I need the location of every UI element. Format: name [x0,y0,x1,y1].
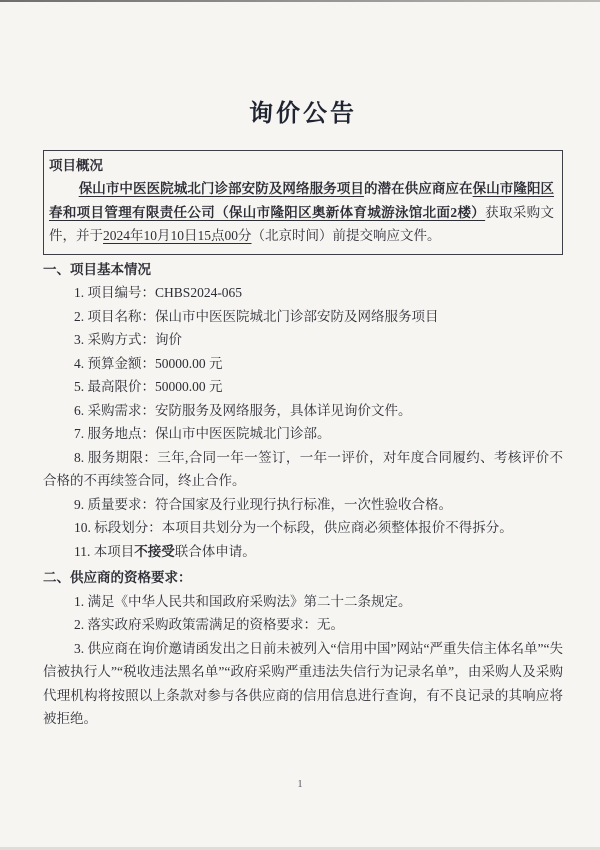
overview-paragraph: 保山市中医医院城北门诊部安防及网络服务项目的潜在供应商应在保山市隆阳区春和项目管… [49,177,554,248]
project-overview-box: 项目概况 保山市中医医院城北门诊部安防及网络服务项目的潜在供应商应在保山市隆阳区… [43,150,563,255]
text-segment: （北京时间）前提交响应文件。 [252,228,441,243]
text-segment: 2. 落实政府采购政策需满足的资格要求：无。 [74,617,344,632]
section-1-item-5: 5. 最高限价：50000.00 元 [43,375,563,399]
text-segment: 2024年10月10日15点00分 [103,228,252,243]
text-segment: 联合体申请。 [175,544,256,559]
page-content: 询价公告 项目概况 保山市中医医院城北门诊部安防及网络服务项目的潜在供应商应在保… [43,0,563,731]
section-1-item-3: 3. 采购方式：询价 [43,328,563,352]
text-segment: 3. 采购方式：询价 [74,332,182,347]
section-heading-2: 二、供应商的资格要求： [43,566,563,590]
overview-box-heading: 项目概况 [49,155,554,177]
text-segment: 8. 服务期限：三年,合同一年一签订，一年一评价，对年度合同履约、考核评价不合格… [43,450,563,489]
text-segment: 3. 供应商在询价邀请函发出之日前未被列入“信用中国”网站“严重失信主体名单”“… [43,641,563,727]
section-1-item-11: 11. 本项目不接受联合体申请。 [43,540,563,564]
sections-container: 一、项目基本情况1. 项目编号：CHBS2024-0652. 项目名称：保山市中… [43,258,563,731]
section-heading-1: 一、项目基本情况 [43,258,563,282]
text-segment: 保山市中医医院城北门诊部安防及网络服务项目 [79,181,364,196]
text-segment: 7. 服务地点：保山市中医医院城北门诊部。 [74,426,331,441]
section-1-item-6: 6. 采购需求：安防服务及网络服务，具体详见询价文件。 [43,399,563,423]
section-1-item-4: 4. 预算金额：50000.00 元 [43,352,563,376]
text-segment: 6. 采购需求：安防服务及网络服务，具体详见询价文件。 [74,403,412,418]
section-1-item-1: 1. 项目编号：CHBS2024-065 [43,281,563,305]
page-title: 询价公告 [43,99,563,129]
section-1-item-7: 7. 服务地点：保山市中医医院城北门诊部。 [43,422,563,446]
page-number: 1 [0,779,600,790]
text-segment: 5. 最高限价：50000.00 元 [74,379,223,394]
section-1-item-9: 9. 质量要求：符合国家及行业现行执行标准，一次性验收合格。 [43,493,563,517]
text-segment: 不接受 [134,544,175,559]
text-segment: 10. 标段划分：本项目共划分为一个标段，供应商必须整体报价不得拆分。 [74,520,513,535]
section-2-item-2: 2. 落实政府采购政策需满足的资格要求：无。 [43,613,563,637]
section-1-item-8: 8. 服务期限：三年,合同一年一签订，一年一评价，对年度合同履约、考核评价不合格… [43,446,563,493]
text-segment: 的潜在供应商应在 [364,181,473,196]
section-2-item-3: 3. 供应商在询价邀请函发出之日前未被列入“信用中国”网站“严重失信主体名单”“… [43,637,563,731]
text-segment: 11. 本项目 [74,544,134,559]
text-segment: 9. 质量要求：符合国家及行业现行执行标准，一次性验收合格。 [74,497,452,512]
text-segment: 2. 项目名称：保山市中医医院城北门诊部安防及网络服务项目 [74,309,439,324]
text-segment: 1. 满足《中华人民共和国政府采购法》第二十二条规定。 [74,594,412,609]
text-segment: 4. 预算金额：50000.00 元 [74,356,223,371]
section-1-item-10: 10. 标段划分：本项目共划分为一个标段，供应商必须整体报价不得拆分。 [43,516,563,540]
text-segment: 1. 项目编号：CHBS2024-065 [74,285,242,300]
document-page: 询价公告 项目概况 保山市中医医院城北门诊部安防及网络服务项目的潜在供应商应在保… [0,0,600,850]
section-1-item-2: 2. 项目名称：保山市中医医院城北门诊部安防及网络服务项目 [43,305,563,329]
section-2-item-1: 1. 满足《中华人民共和国政府采购法》第二十二条规定。 [43,590,563,614]
